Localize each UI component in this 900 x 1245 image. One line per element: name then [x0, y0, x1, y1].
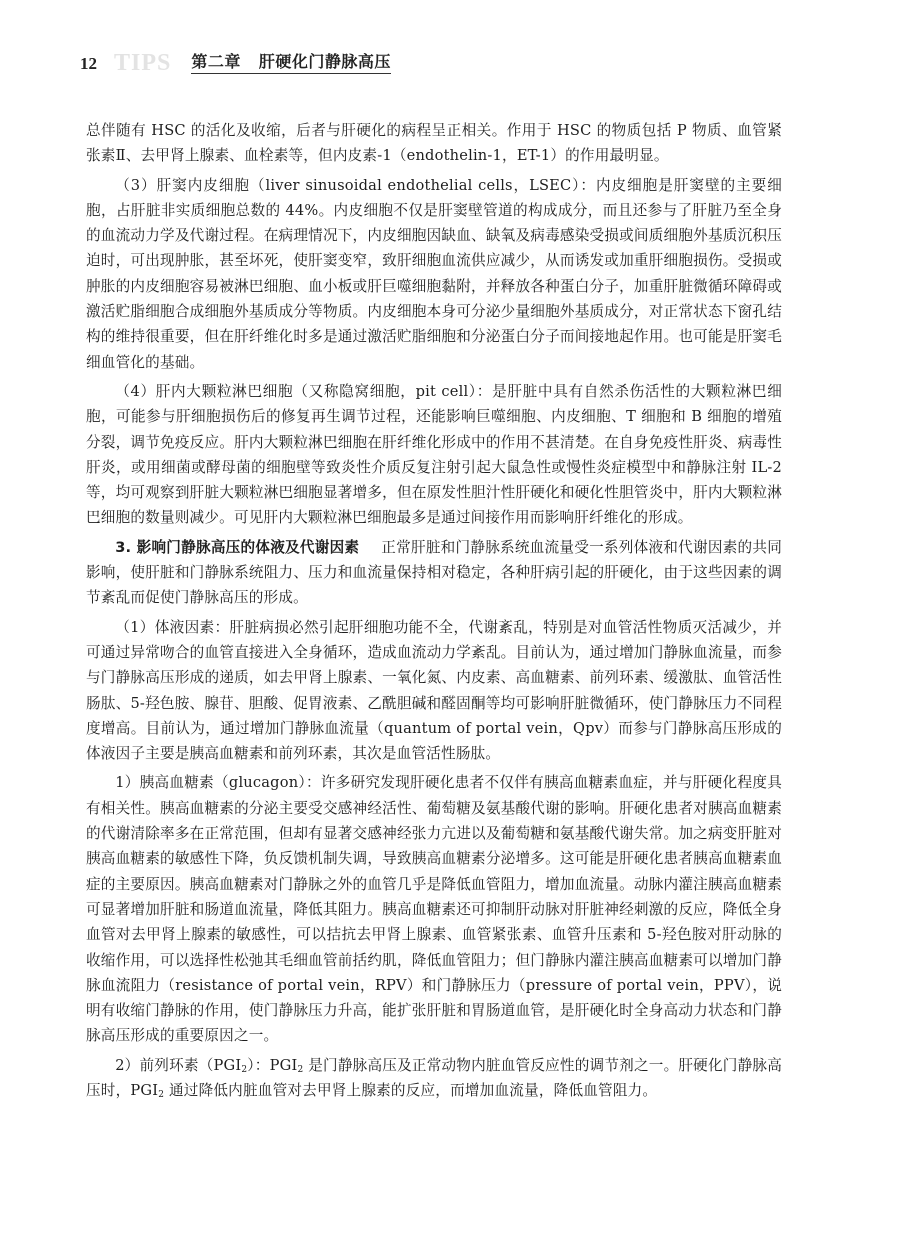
body-text: 总伴随有 HSC 的活化及收缩，后者与肝硬化的病程呈正相关。作用于 HSC 的物… — [86, 118, 782, 1103]
text-run: ）：PGI — [247, 1057, 297, 1074]
section-heading: 3. 影响门静脉高压的体液及代谢因素 — [115, 539, 359, 556]
running-header: 12 TIPS 第二章肝硬化门静脉高压 — [80, 50, 391, 74]
paragraph-continuation: 总伴随有 HSC 的活化及收缩，后者与肝硬化的病程呈正相关。作用于 HSC 的物… — [86, 118, 782, 169]
text-run: 2）前列环素（PGI — [115, 1057, 241, 1074]
paragraph-lsec: （3）肝窦内皮细胞（liver sinusoidal endothelial c… — [86, 173, 782, 375]
text-run: 通过降低内脏血管对去甲肾上腺素的反应，而增加血流量，降低血管阻力。 — [164, 1082, 657, 1099]
chapter-title: 肝硬化门静脉高压 — [259, 52, 391, 71]
chapter-label: 第二章 — [191, 52, 241, 71]
paragraph-section-3: 3. 影响门静脉高压的体液及代谢因素正常肝脏和门静脉系统血流量受一系列体液和代谢… — [86, 535, 782, 611]
paragraph-prostacyclin: 2）前列环素（PGI2）：PGI2 是门静脉高压及正常动物内脏血管反应性的调节剂… — [86, 1053, 782, 1104]
chapter-heading: 第二章肝硬化门静脉高压 — [191, 49, 391, 74]
paragraph-pit-cell: （4）肝内大颗粒淋巴细胞（又称隐窝细胞，pit cell）：是肝脏中具有自然杀伤… — [86, 379, 782, 531]
paragraph-glucagon: 1）胰高血糖素（glucagon）：许多研究发现肝硬化患者不仅伴有胰高血糖素血症… — [86, 770, 782, 1048]
watermark-logo: TIPS — [114, 52, 171, 74]
page-number: 12 — [80, 54, 114, 74]
paragraph-humoral-factors: （1）体液因素：肝脏病损必然引起肝细胞功能不全，代谢紊乱，特别是对血管活性物质灭… — [86, 615, 782, 767]
